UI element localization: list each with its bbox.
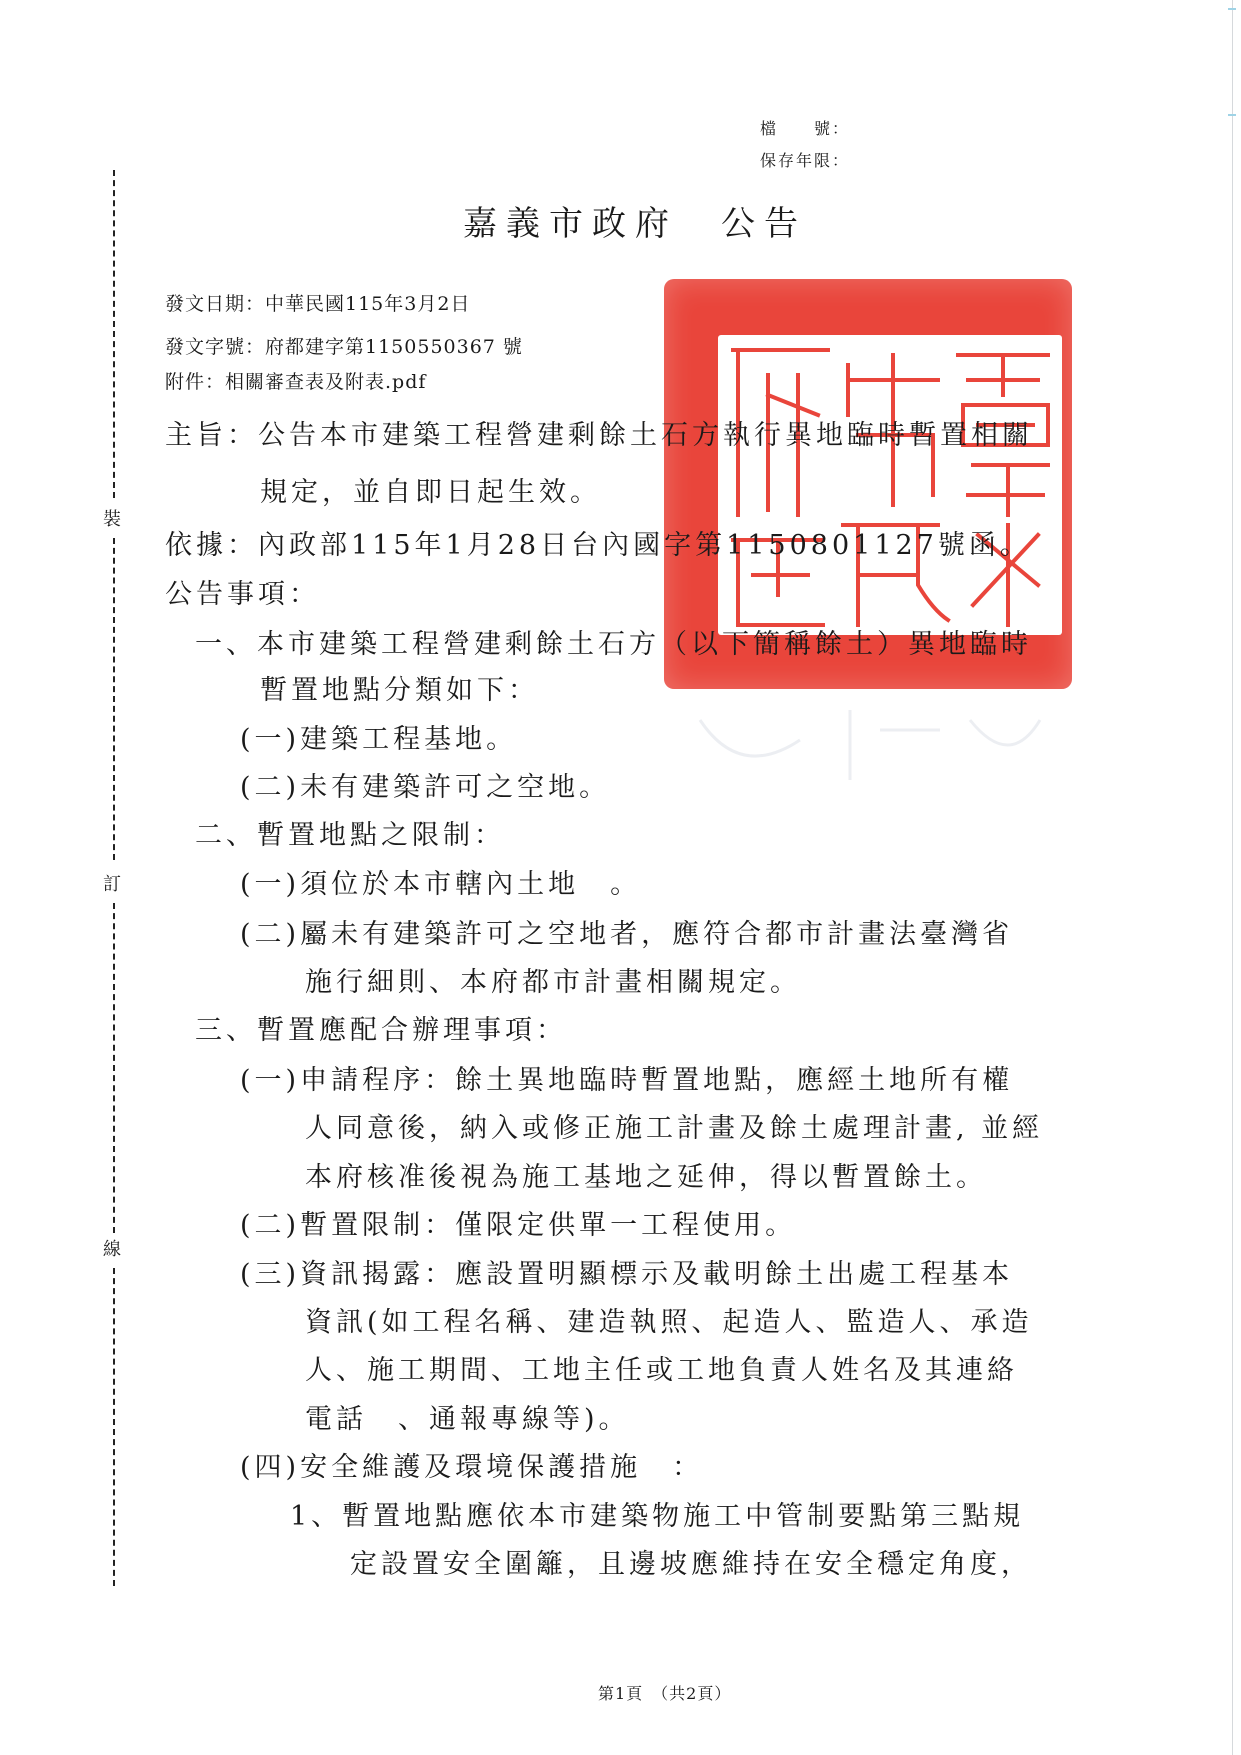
item-1-cont: 暫置地點分類如下：: [260, 668, 539, 707]
page-indicator: 第1頁 （共2頁）: [598, 1681, 731, 1704]
page-title: 嘉義市政府 公告: [463, 196, 807, 245]
file-number-label: 檔 號：: [760, 116, 850, 139]
subject-line-1: 主旨：公告本市建築工程營建剩餘土石方執行異地臨時暫置相關: [165, 413, 1033, 452]
subject-line-2: 規定，並自即日起生效。: [260, 470, 601, 509]
item-3-sub-3-cont-3: 電話 、通報專線等)。: [305, 1397, 630, 1436]
issue-date: 發文日期：中華民國115年3月2日: [165, 289, 470, 316]
items-heading: 公告事項：: [165, 572, 320, 611]
item-3-sub-3-cont: 資訊(如工程名稱、建造執照、起造人、監造人、承造: [305, 1300, 1033, 1339]
attachment-link[interactable]: 附件：相關審查表及附表.pdf: [165, 367, 426, 394]
document-text: 檔 號： 保存年限： 嘉義市政府 公告 發文日期：中華民國115年3月2日 發文…: [0, 0, 1241, 1755]
item-1-sub-1: (一)建築工程基地。: [240, 717, 517, 756]
item-3-sub-4: (四)安全維護及環境保護措施 ：: [240, 1445, 703, 1484]
item-3-sub-1: (一)申請程序：餘土異地臨時暫置地點，應經土地所有權: [240, 1058, 1013, 1097]
item-3-sub-4-point-1-cont: 定設置安全圍籬，且邊坡應維持在安全穩定角度，: [350, 1542, 1032, 1581]
document-number: 發文字號：府都建字第1150550367 號: [165, 332, 523, 359]
item-2-sub-2-cont: 施行細則、本府都市計畫相關規定。: [305, 960, 801, 999]
item-3-sub-1-cont: 人同意後，納入或修正施工計畫及餘土處理計畫, 並經: [305, 1106, 1043, 1145]
item-2-sub-1: (一)須位於本市轄內土地 。: [240, 862, 641, 901]
item-3-sub-2: (二)暫置限制：僅限定供單一工程使用。: [240, 1203, 796, 1242]
item-3: 三、暫置應配合辦理事項：: [195, 1008, 567, 1047]
item-1: 一、本市建築工程營建剩餘土石方（以下簡稱餘土）異地臨時: [195, 622, 1032, 661]
item-3-sub-3: (三)資訊揭露：應設置明顯標示及載明餘土出處工程基本: [240, 1252, 1013, 1291]
basis: 依據：內政部115年1月28日台內國字第1150801127號函。: [165, 523, 1031, 562]
item-3-sub-3-cont-2: 人、施工期間、工地主任或工地負責人姓名及其連絡: [305, 1348, 1018, 1387]
item-2: 二、暫置地點之限制：: [195, 813, 505, 852]
item-2-sub-2: (二)屬未有建築許可之空地者，應符合都市計畫法臺灣省: [240, 912, 1013, 951]
item-3-sub-4-point-1: 1、暫置地點應依本市建築物施工中管制要點第三點規: [290, 1494, 1024, 1533]
item-1-sub-2: (二)未有建築許可之空地。: [240, 765, 610, 804]
retention-period-label: 保存年限：: [760, 148, 850, 171]
item-3-sub-1-cont-2: 本府核准後視為施工基地之延伸，得以暫置餘土。: [305, 1155, 987, 1194]
